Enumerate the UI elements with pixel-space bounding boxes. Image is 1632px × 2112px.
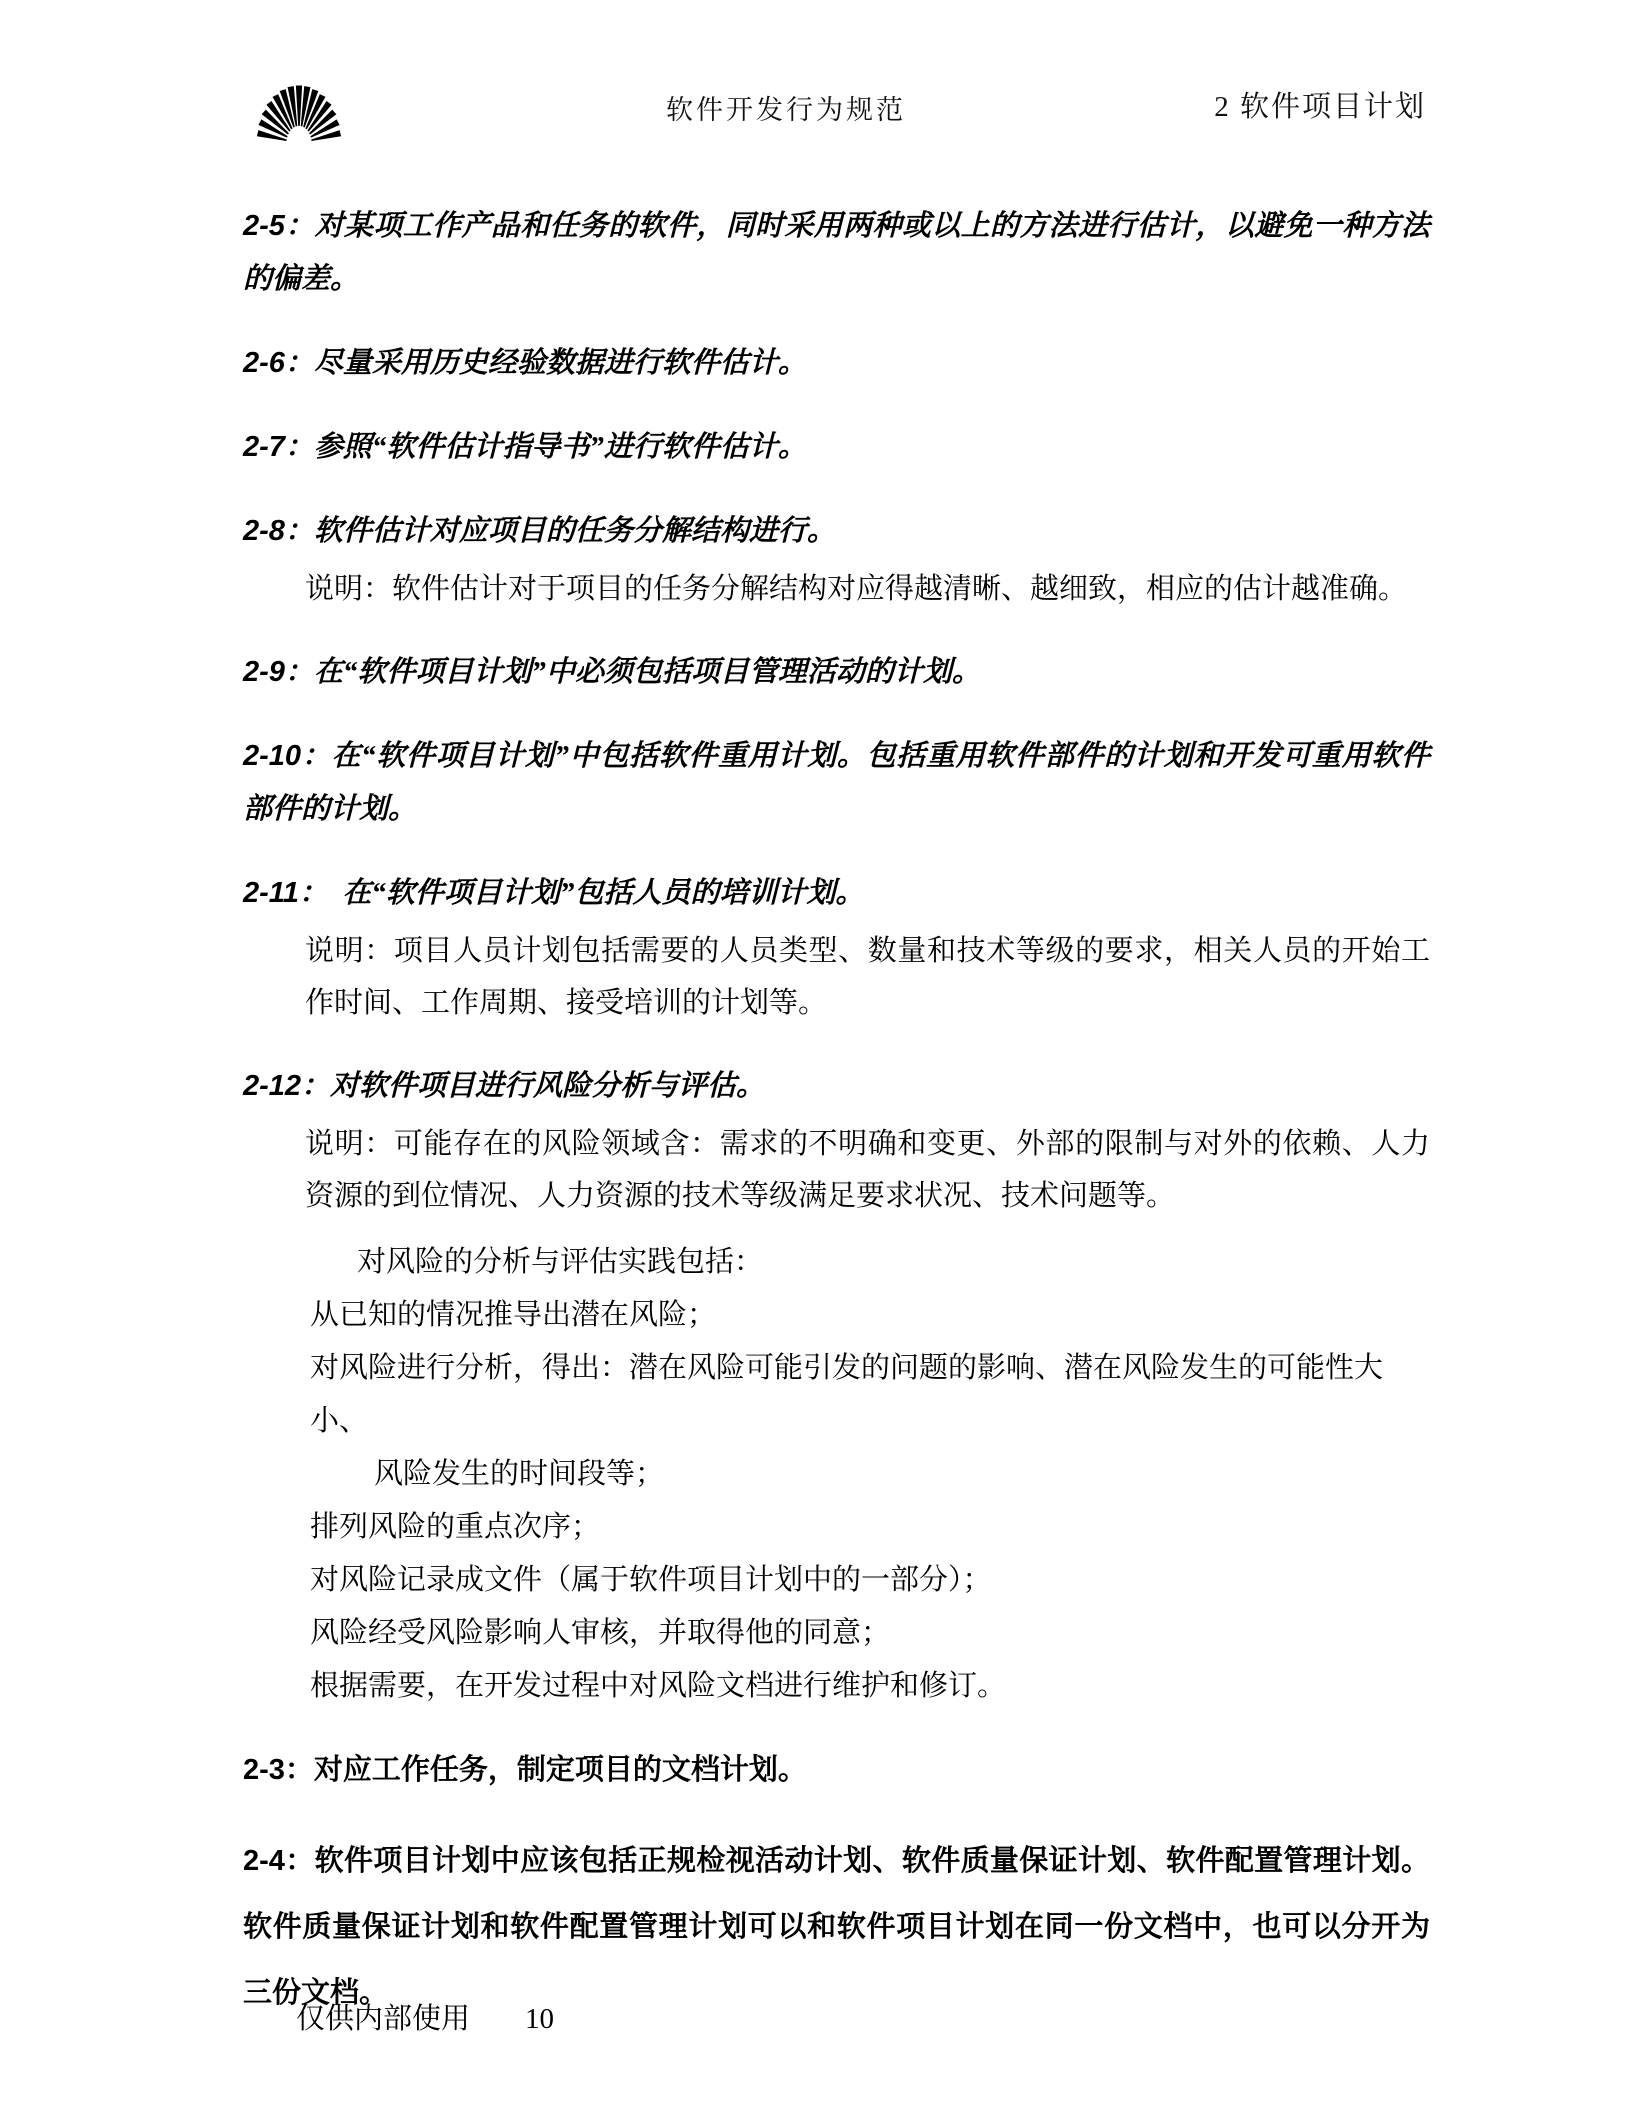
- item-number: 2-4：: [243, 1845, 315, 1877]
- item-text: 在“软件项目计划”中包括软件重用计划。包括重用软件部件的计划和开发可重用软件部件…: [243, 740, 1430, 825]
- item-note: 说明：软件估计对于项目的任务分解结构对应得越清晰、越细致，相应的估计越准确。: [305, 563, 1430, 615]
- item-2-11: 2-11： 在“软件项目计划”包括人员的培训计划。 说明：项目人员计划包括需要的…: [243, 867, 1430, 1029]
- item-text: 对软件项目进行风险分析与评估。: [330, 1070, 765, 1102]
- item-note: 说明：项目人员计划包括需要的人员类型、数量和技术等级的要求，相关人员的开始工作时…: [305, 925, 1430, 1029]
- item-text: 尽量采用历史经验数据进行软件估计。: [314, 347, 807, 379]
- item-text: 在“软件项目计划”中必须包括项目管理活动的计划。: [314, 656, 981, 688]
- item-number: 2-5：: [243, 210, 315, 242]
- item-note: 说明：可能存在的风险领域含：需求的不明确和变更、外部的限制与对外的依赖、人力资源…: [305, 1118, 1430, 1222]
- risk-practice-line: 从已知的情况推导出潜在风险；: [310, 1289, 1430, 1342]
- item-paragraph: 2-7：参照“软件估计指导书”进行软件估计。: [243, 421, 1430, 474]
- item-number: 2-10：: [243, 740, 331, 772]
- item-number: 2-3：: [243, 1754, 314, 1786]
- item-2-12: 2-12：对软件项目进行风险分析与评估。 说明：可能存在的风险领域含：需求的不明…: [243, 1060, 1430, 1713]
- risk-practice-line: 排列风险的重点次序；: [310, 1501, 1430, 1554]
- item-2-5: 2-5：对某项工作产品和任务的软件，同时采用两种或以上的方法进行估计，以避免一种…: [243, 200, 1430, 306]
- risk-practices-intro: 对风险的分析与评估实践包括：: [357, 1236, 1430, 1289]
- page-number: 10: [525, 2003, 554, 2035]
- document-body: 2-5：对某项工作产品和任务的软件，同时采用两种或以上的方法进行估计，以避免一种…: [0, 0, 1430, 2057]
- item-2-10: 2-10：在“软件项目计划”中包括软件重用计划。包括重用软件部件的计划和开发可重…: [243, 730, 1430, 836]
- item-number: 2-7：: [243, 431, 314, 463]
- item-number: 2-11：: [243, 877, 313, 909]
- item-paragraph: 2-11： 在“软件项目计划”包括人员的培训计划。: [243, 867, 1430, 920]
- item-paragraph: 2-8：软件估计对应项目的任务分解结构进行。: [243, 505, 1430, 558]
- item-number: 2-12：: [243, 1070, 330, 1102]
- risk-practice-line: 根据需要，在开发过程中对风险文档进行维护和修订。: [310, 1660, 1430, 1713]
- item-text: 软件估计对应项目的任务分解结构进行。: [314, 515, 836, 547]
- document-page: 软件开发行为规范 2 软件项目计划 2-5：对某项工作产品和任务的软件，同时采用…: [0, 0, 1632, 2112]
- risk-practice-line: 对风险进行分析，得出：潜在风险可能引发的问题的影响、潜在风险发生的可能性大小、: [310, 1342, 1430, 1448]
- item-paragraph: 2-9：在“软件项目计划”中必须包括项目管理活动的计划。: [243, 646, 1430, 699]
- item-paragraph: 2-6：尽量采用历史经验数据进行软件估计。: [243, 337, 1430, 390]
- item-text: 软件项目计划中应该包括正规检视活动计划、软件质量保证计划、软件配置管理计划。软件…: [243, 1845, 1430, 2009]
- item-paragraph: 2-10：在“软件项目计划”中包括软件重用计划。包括重用软件部件的计划和开发可重…: [243, 730, 1430, 836]
- item-2-3: 2-3：对应工作任务，制定项目的文档计划。: [243, 1744, 1430, 1797]
- risk-practice-line: 对风险记录成文件（属于软件项目计划中的一部分）；: [310, 1554, 1430, 1607]
- item-2-6: 2-6：尽量采用历史经验数据进行软件估计。: [243, 337, 1430, 390]
- item-paragraph: 2-5：对某项工作产品和任务的软件，同时采用两种或以上的方法进行估计，以避免一种…: [243, 200, 1430, 306]
- item-paragraph: 2-12：对软件项目进行风险分析与评估。: [243, 1060, 1430, 1113]
- item-number: 2-6：: [243, 347, 314, 379]
- item-2-8: 2-8：软件估计对应项目的任务分解结构进行。 说明：软件估计对于项目的任务分解结…: [243, 505, 1430, 615]
- item-2-7: 2-7：参照“软件估计指导书”进行软件估计。: [243, 421, 1430, 474]
- item-text: 参照“软件估计指导书”进行软件估计。: [314, 431, 807, 463]
- confidential-note: 仅供内部使用: [296, 2003, 470, 2035]
- item-number: 2-8：: [243, 515, 314, 547]
- item-text: 在“软件项目计划”包括人员的培训计划。: [313, 877, 864, 909]
- item-text: 对应工作任务，制定项目的文档计划。: [314, 1754, 807, 1786]
- page-footer: 仅供内部使用10: [296, 1996, 554, 2037]
- risk-practice-line-continuation: 风险发生的时间段等；: [374, 1448, 1430, 1501]
- item-text: 对某项工作产品和任务的软件，同时采用两种或以上的方法进行估计，以避免一种方法的偏…: [243, 210, 1430, 295]
- item-paragraph: 2-3：对应工作任务，制定项目的文档计划。: [243, 1744, 1430, 1797]
- item-number: 2-9：: [243, 656, 314, 688]
- risk-practice-line: 风险经受风险影响人审核，并取得他的同意；: [310, 1607, 1430, 1660]
- item-2-9: 2-9：在“软件项目计划”中必须包括项目管理活动的计划。: [243, 646, 1430, 699]
